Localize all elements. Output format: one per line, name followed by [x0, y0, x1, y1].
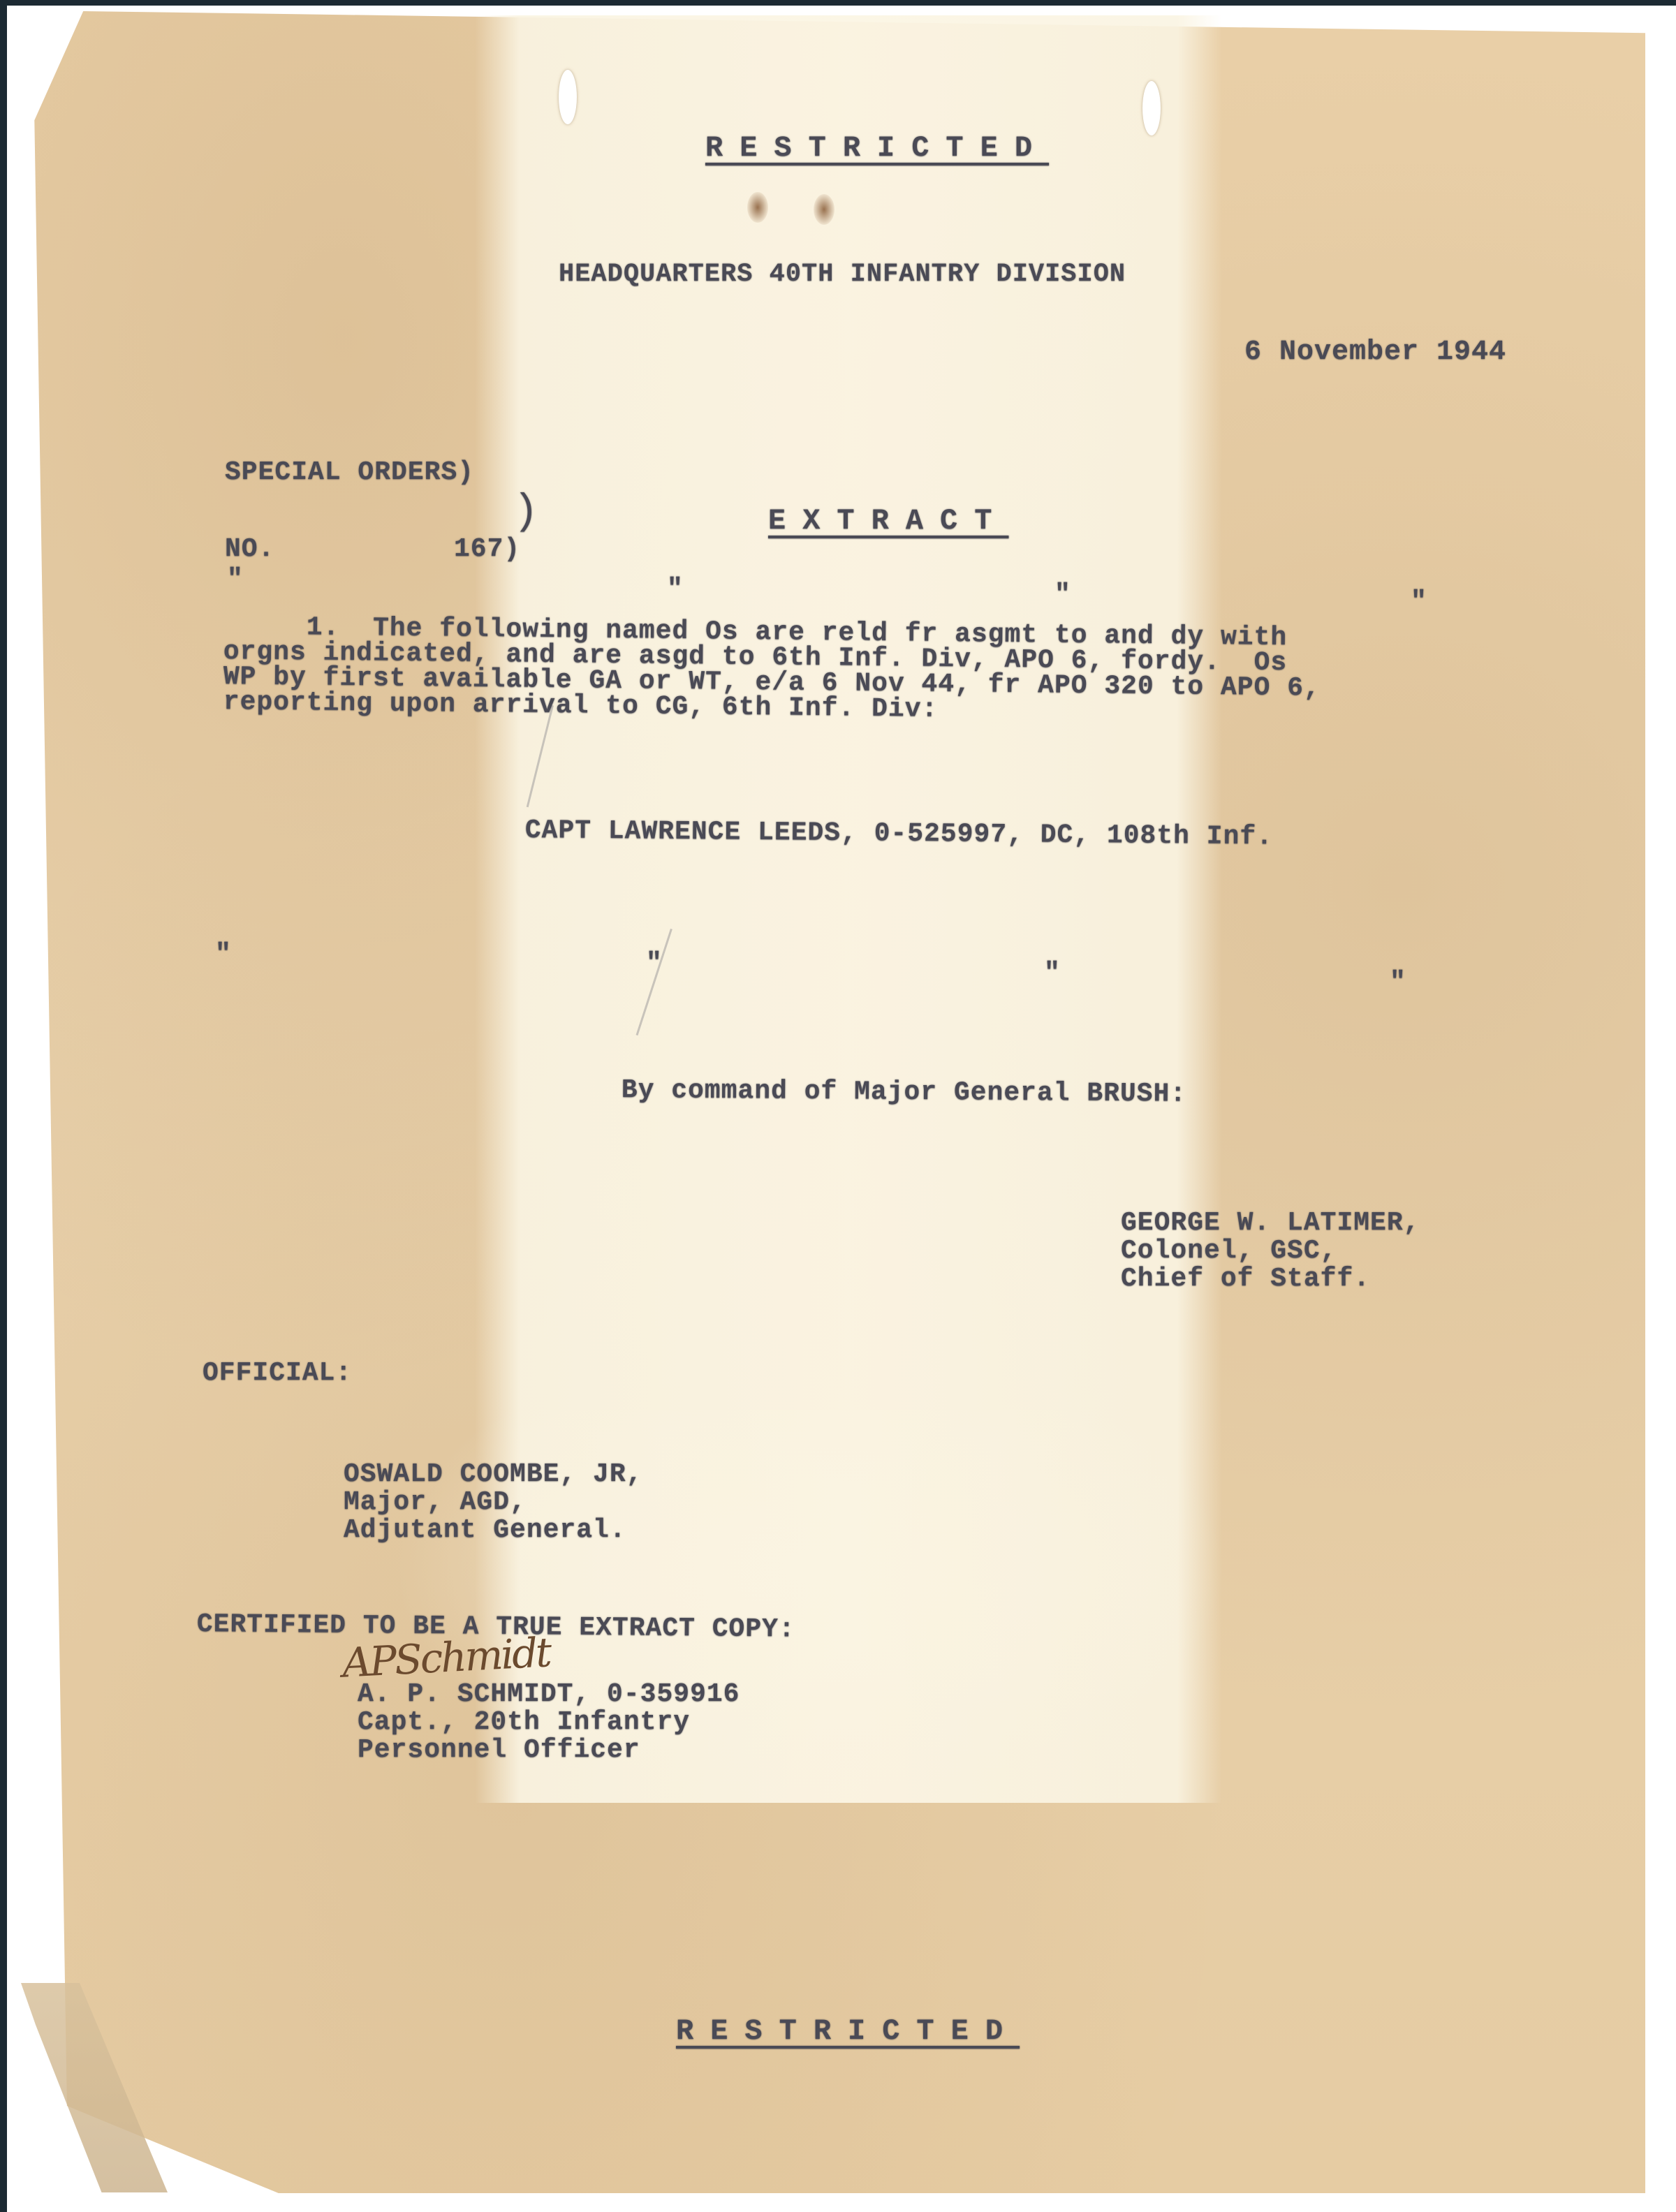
adjutant-name: OSWALD COOMBE, JR,	[344, 1459, 642, 1489]
by-command-line: By command of Major General BRUSH:	[622, 1075, 1187, 1109]
punch-hole-right-icon	[1142, 81, 1161, 135]
ditto-mark: "	[227, 564, 244, 594]
official-label: OFFICIAL:	[203, 1358, 352, 1388]
headquarters-heading: HEADQUARTERS 40TH INFANTRY DIVISION	[559, 260, 1126, 289]
order-number-label: NO.	[225, 534, 274, 564]
chief-of-staff-name: GEORGE W. LATIMER,	[1121, 1208, 1420, 1238]
adjutant-title: Adjutant General.	[344, 1515, 626, 1545]
ditto-mark: "	[1390, 967, 1406, 997]
document-date: 6 November 1944	[1244, 337, 1506, 368]
certifier-title: Personnel Officer	[358, 1735, 640, 1765]
special-orders-label: SPECIAL ORDERS)	[225, 457, 474, 487]
ditto-mark: "	[1054, 580, 1071, 610]
bracket-mark: )	[513, 489, 539, 536]
rust-stain-icon	[814, 194, 835, 225]
extract-title: EXTRACT	[768, 504, 1008, 538]
rust-stain-icon	[747, 192, 768, 223]
adjutant-rank: Major, AGD,	[344, 1487, 527, 1517]
chief-of-staff-rank: Colonel, GSC,	[1121, 1236, 1337, 1266]
ditto-mark: "	[215, 939, 232, 969]
ditto-mark: "	[667, 574, 684, 604]
ditto-mark: "	[1411, 587, 1427, 617]
classification-bottom: RESTRICTED	[676, 2014, 1020, 2048]
classification-top: RESTRICTED	[705, 131, 1049, 165]
punch-hole-left-icon	[559, 70, 577, 124]
scan-border-top	[0, 0, 1676, 6]
chief-of-staff-title: Chief of Staff.	[1121, 1264, 1370, 1294]
scan-border-left	[0, 0, 7, 2212]
paragraph-1-line-4: reporting upon arrival to CG, 6th Inf. D…	[223, 690, 939, 723]
certifier-rank: Capt., 20th Infantry	[358, 1707, 690, 1737]
certifier-name: A. P. SCHMIDT, 0-359916	[358, 1679, 740, 1709]
ditto-mark: "	[1044, 958, 1061, 988]
order-number: 167)	[454, 534, 520, 564]
ditto-mark: "	[646, 948, 663, 978]
